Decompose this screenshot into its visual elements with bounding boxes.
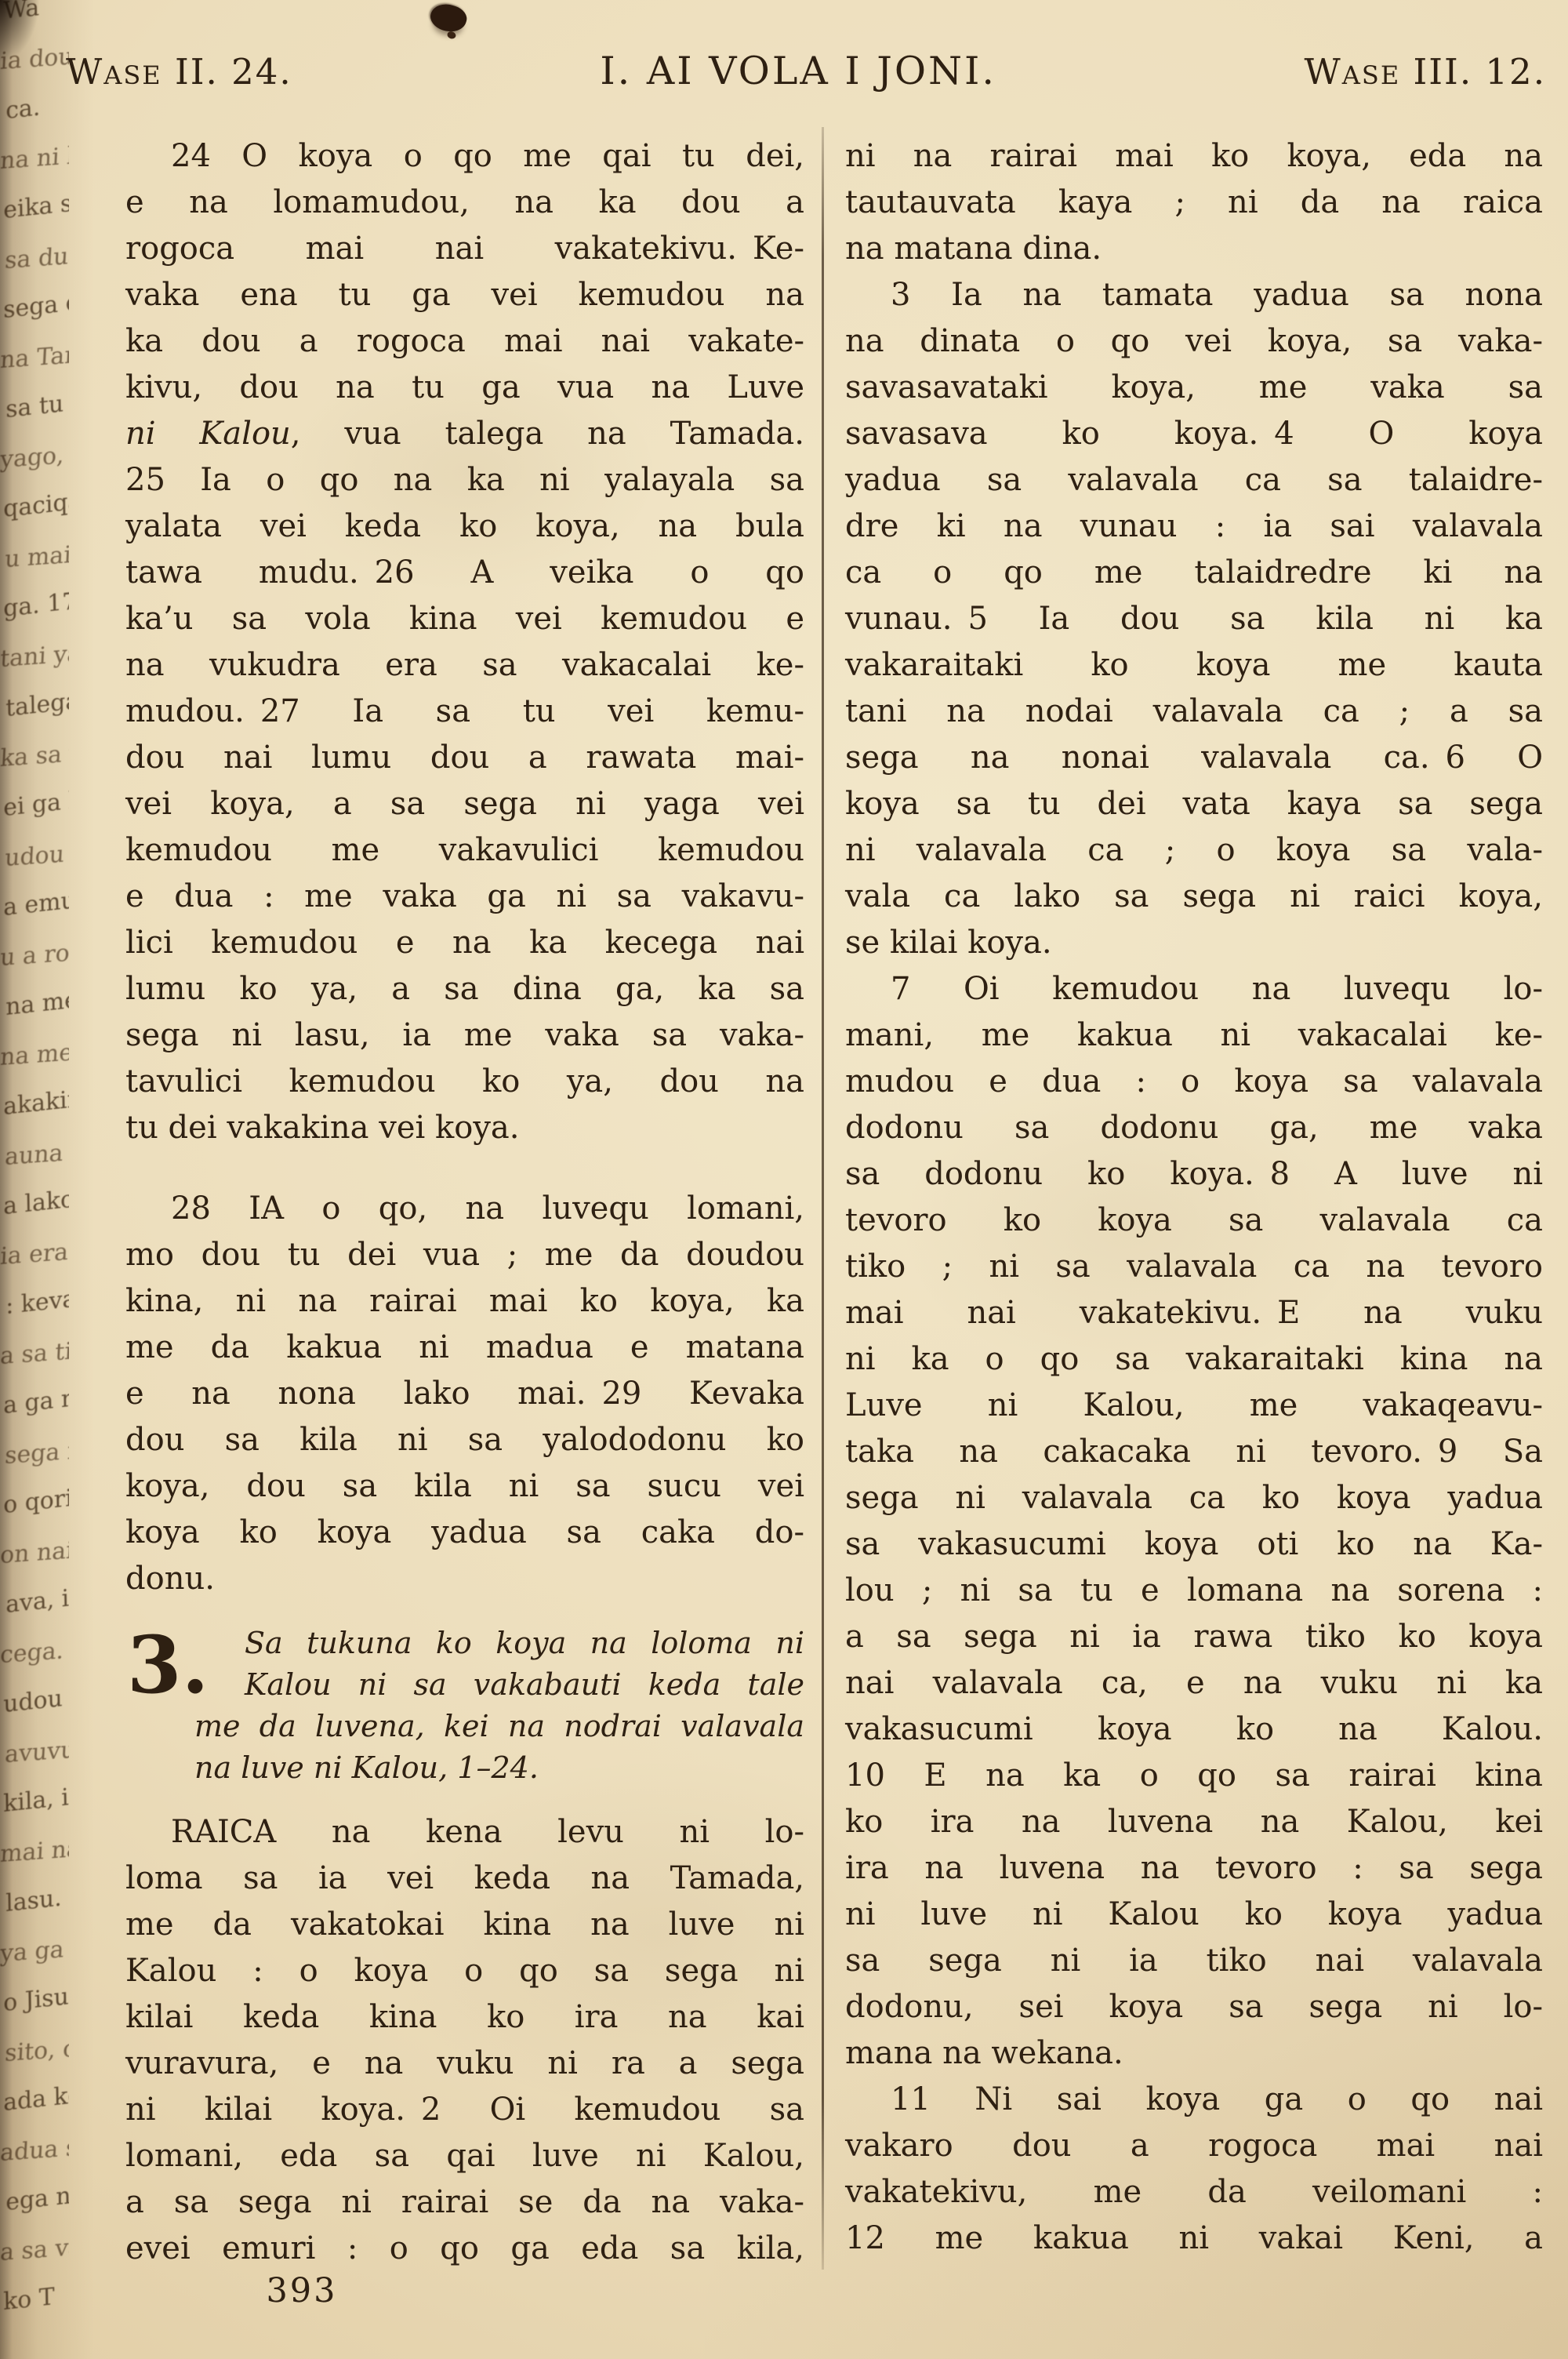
body-line: vunau. 5 Ia dou sa kila ni ka <box>845 596 1543 642</box>
body-line: loma sa ia vei keda na Tamada, <box>125 1856 804 1902</box>
body-line: na dinata o qo vei koya, sa vaka- <box>845 318 1543 365</box>
gutter-fragment: udou ni d <box>3 1681 69 1717</box>
gutter-fragment: auna em <box>4 1138 69 1169</box>
page-title: I. AI VOLA I JONI. <box>600 49 996 93</box>
body-line: rogoca mai nai vakatekivu. Ke- <box>125 226 804 272</box>
gutter-fragment: mai nai v <box>0 1835 69 1866</box>
body-line: 24 O koya o qo me qai tu dei, <box>125 133 804 180</box>
body-line: donu. <box>125 1556 804 1602</box>
gutter-fragment: akakina e <box>3 1084 69 1119</box>
gutter-fragment: udou na lo <box>4 838 69 870</box>
body-line: kemudou me vakavulici kemudou <box>125 827 804 874</box>
gutter-fragment: : kevaka e <box>5 1282 69 1318</box>
chapter-number: 3. <box>127 1624 209 1706</box>
gutter-fragment: yago, na <box>0 442 69 472</box>
body-line: 25 Ia o qo na ka ni yalayala sa <box>125 457 804 503</box>
body-line: ka’u sa vola kina vei kemudou e <box>125 596 804 642</box>
body-line: se kilai koya. <box>845 920 1543 966</box>
running-head: Wase II. 24. I. AI VOLA I JONI. Wase III… <box>66 49 1546 93</box>
body-line: mana na wekana. <box>845 2030 1543 2077</box>
gutter-fragment: ga. 17 Ia <box>3 587 69 621</box>
gutter-fragment: u maivei l <box>4 540 69 572</box>
gutter-fragment: a lako tani <box>3 1182 69 1219</box>
column-divider <box>822 127 824 2270</box>
body-line: tawa mudu. 26 A veika o qo <box>125 550 804 596</box>
gutter-fragment: talega; ia <box>5 685 69 721</box>
gutter-fragment: ia era a se <box>0 1237 69 1269</box>
gutter-fragment: o qori. 2 <box>3 1484 69 1518</box>
gutter-fragment: a sa vakat <box>0 2233 69 2265</box>
body-line: vakasucumi koya ko na Kalou. <box>845 1707 1543 1753</box>
gutter-strip: Waia dou aca.na ni lomaeika sa vasa dua … <box>0 0 69 2359</box>
chapter-summary-line: Kalou ni sa vakabauti keda tale <box>245 1664 804 1706</box>
body-line: me da vakatokai kina na luve ni <box>125 1902 804 1948</box>
scanned-page: { "header": { "left": "Wase II. 24.", "c… <box>0 0 1568 2359</box>
gutter-fragment: lasu. 22 <box>5 1883 69 1917</box>
body-line: me da kakua ni madua e matana <box>125 1325 804 1371</box>
body-line: nai valavala ca, e na vuku ni ka <box>845 1660 1543 1707</box>
body-line: koya sa tu dei vata kaya sa sega <box>845 781 1543 827</box>
body-line: dodonu sa dodonu ga, me vaka <box>845 1105 1543 1151</box>
chapter-summary-line: me da luvena, kei na nodrai valavala <box>194 1706 804 1747</box>
body-line: ni luve ni Kalou ko koya yadua <box>845 1892 1543 1938</box>
gutter-fragment: ada kei n <box>3 2080 69 2115</box>
body-line: RAICA na kena levu ni lo- <box>125 1809 804 1856</box>
body-line: tu dei vakakina vei koya. <box>125 1105 804 1151</box>
body-line: dodonu, sei koya sa sega ni lo- <box>845 1984 1543 2030</box>
ink-blot <box>427 0 470 36</box>
body-line: ko ira na luvena na Kalou, kei <box>845 1799 1543 1845</box>
chapter-3-heading: 3. Sa tukuna ko koya na loloma niKalou n… <box>125 1623 804 1789</box>
body-line: kilai keda kina ko ira na kai <box>125 1994 804 2041</box>
body-line: 12 me kakua ni vakai Keni, a <box>845 2215 1543 2262</box>
left-column-text: 24 O koya o qo me qai tu dei,e na lomamu… <box>125 133 804 1602</box>
gutter-fragment: na mea ii <box>0 1038 69 1070</box>
gutter-fragment: ca. <box>5 96 41 123</box>
gutter-fragment: a ga me r <box>3 1383 69 1418</box>
gutter-fragment: na Tamada <box>0 340 69 373</box>
chapter-summary-line: Sa tukuna ko koya na loloma ni <box>245 1623 804 1664</box>
gutter-fragment: sega ni no <box>4 1436 69 1468</box>
body-line: a sa sega ni rairai se da na vaka- <box>125 2179 804 2226</box>
body-line: sa sega ni ia tiko nai valavala <box>845 1938 1543 1984</box>
right-column: ni na rairai mai ko koya, eda natautauva… <box>845 133 1543 2262</box>
body-line: mani, me kakua ni vakacalai ke- <box>845 1012 1543 1059</box>
gutter-fragment: sito, o koy <box>4 2034 69 2066</box>
left-column-text-2: RAICA na kena levu ni lo-loma sa ia vei … <box>125 1809 804 2272</box>
body-line: vei koya, a sa sega ni yaga vei <box>125 781 804 827</box>
body-line: ira na luvena na tevoro : sa sega <box>845 1845 1543 1892</box>
body-line: e dua : me vaka ga ni sa vakavu- <box>125 874 804 920</box>
body-line: mudou e dua : o koya sa valavala <box>845 1059 1543 1105</box>
page-number: 393 <box>200 2271 404 2310</box>
body-line: kivu, dou na tu ga vua na Luve <box>125 365 804 411</box>
body-line: vakaraitaki ko koya me kauta <box>845 642 1543 689</box>
gutter-fragment: sa dua sa <box>4 242 69 273</box>
body-line: sega na nonai valavala ca. 6 O <box>845 735 1543 781</box>
body-line: e na lomamudou, na ka dou a <box>125 180 804 226</box>
gutter-fragment: ya ga sa c <box>0 1934 69 1966</box>
gutter-fragment: cega. 21 A <box>0 1634 69 1667</box>
body-line: tautauvata kaya ; ni da na raica <box>845 180 1543 226</box>
gutter-fragment: ko T <box>3 2285 55 2314</box>
body-line: lomani, eda sa qai luve ni Kalou, <box>125 2133 804 2179</box>
gutter-fragment: a sa tiko <box>0 1338 69 1369</box>
body-line: dre ki na vunau : ia sai valavala <box>845 503 1543 550</box>
body-line: 3 Ia na tamata yadua sa nona <box>845 272 1543 318</box>
gutter-fragment: eika sa va <box>3 187 69 223</box>
gutter-fragment: na ni loma <box>0 140 69 173</box>
body-line: a sa sega ni ia rawa tiko ko koya <box>845 1614 1543 1660</box>
gutter-fragment: a emuri sa <box>3 883 69 920</box>
body-line: ni na rairai mai ko koya, eda na <box>845 133 1543 180</box>
body-line: taka na cakacaka ni tevoro. 9 Sa <box>845 1429 1543 1475</box>
body-line: 28 IA o qo, na luvequ lomani, <box>125 1186 804 1232</box>
body-line: 11 Ni sai koya ga o qo nai <box>845 2077 1543 2123</box>
body-line: ka dou a rogoca mai nai vakate- <box>125 318 804 365</box>
body-line: sega ni lasu, ia me vaka sa vaka- <box>125 1012 804 1059</box>
running-head-right: Wase III. 12. <box>1305 51 1546 93</box>
body-line: lumu ko ya, a sa dina ga, ka sa <box>125 966 804 1012</box>
body-line: ni kilai koya. 2 Oi kemudou sa <box>125 2087 804 2133</box>
body-line: vuravura, e na vuku ni ra a sega <box>125 2041 804 2087</box>
body-line: lou ; ni sa tu e lomana na sorena : <box>845 1568 1543 1614</box>
gutter-fragment: sega e na <box>3 287 69 322</box>
body-line: koya ko koya yadua sa caka do- <box>125 1510 804 1556</box>
body-line: yadua sa valavala ca sa talaidre- <box>845 457 1543 503</box>
gutter-fragment: ega ni tu <box>5 2180 69 2215</box>
body-line: ni valavala ca ; o koya sa vala- <box>845 827 1543 874</box>
body-line: ni ka o qo sa vakaraitaki kina na <box>845 1336 1543 1383</box>
gutter-fragment: ia dou a <box>0 43 69 74</box>
gutter-fragment: o Jisu? S <box>3 1981 69 2016</box>
body-line: evei emuri : o qo ga eda sa kila, <box>125 2226 804 2272</box>
body-line: dou nai lumu dou a rawata mai- <box>125 735 804 781</box>
body-line: yalata vei keda ko koya, na bula <box>125 503 804 550</box>
body-line: vaka ena tu ga vei kemudou na <box>125 272 804 318</box>
body-line: ni Kalou, vua talega na Tamada. <box>125 411 804 457</box>
body-line: na vukudra era sa vakacalai ke- <box>125 642 804 689</box>
body-line: mudou. 27 Ia sa tu vei kemu- <box>125 689 804 735</box>
gutter-fragment: avuvuli d <box>4 1736 69 1767</box>
gutter-fragment: ava, ia do <box>5 1582 69 1617</box>
gutter-fragment: on nai lum <box>0 1535 69 1567</box>
body-line: vakaro dou a rogoca mai nai <box>845 2123 1543 2169</box>
body-line: mo dou tu dei vua ; me da doudou <box>125 1232 804 1278</box>
gutter-fragment: kila, ia k <box>3 1782 69 1816</box>
body-line: Kalou : o koya o qo sa sega ni <box>125 1948 804 1994</box>
body-line: tavulici kemudou ko ya, dou na <box>125 1059 804 1105</box>
gutter-fragment: na mea il <box>5 984 69 1020</box>
chapter-summary-line: na luve ni Kalou, 1–24. <box>194 1747 804 1789</box>
body-line: 7 Oi kemudou na luvequ lo- <box>845 966 1543 1012</box>
body-line: ca o qo me talaidredre ki na <box>845 550 1543 596</box>
body-line: sa dodonu ko koya. 8 A luve ni <box>845 1151 1543 1198</box>
gutter-fragment: tani yani <box>0 640 69 671</box>
body-line: savasava ko koya. 4 O koya <box>845 411 1543 457</box>
body-line: savasavataki koya, me vaka sa <box>845 365 1543 411</box>
gutter-fragment: qaciqacia <box>3 486 69 522</box>
body-line: lici kemudou e na ka kecega nai <box>125 920 804 966</box>
body-line: na matana dina. <box>845 226 1543 272</box>
chapter-summary: Sa tukuna ko koya na loloma niKalou ni s… <box>125 1623 804 1789</box>
left-column: 24 O koya o qo me qai tu dei,e na lomamu… <box>125 133 804 2272</box>
body-line: mai nai vakatekivu. E na vuku <box>845 1290 1543 1336</box>
body-line: dou sa kila ni sa yalododonu ko <box>125 1417 804 1463</box>
gutter-fragment: adua sa ca <box>0 2132 69 2165</box>
body-line: tevoro ko koya sa valavala ca <box>845 1198 1543 1244</box>
body-line: tiko ; ni sa valavala ca na tevoro <box>845 1244 1543 1290</box>
body-line: 10 E na ka o qo sa rairai kina <box>845 1753 1543 1799</box>
body-line: e na nona lako mai. 29 Kevaka <box>125 1371 804 1417</box>
body-line: vala ca lako sa sega ni raici koya, <box>845 874 1543 920</box>
body-line: sa vakasucumi koya oti ko na Ka- <box>845 1521 1543 1568</box>
gutter-fragment: u a rogoca <box>0 937 69 969</box>
gutter-fragment: ei ga ka tau <box>3 782 69 820</box>
body-line: vakatekivu, me da veilomani : <box>845 2169 1543 2215</box>
body-line: Luve ni Kalou, me vakaqeavu- <box>845 1383 1543 1429</box>
body-line: tani na nodai valavala ca ; a sa <box>845 689 1543 735</box>
gutter-fragment: sa tu e v <box>5 388 69 422</box>
body-line: kina, ni na rairai mai ko koya, ka <box>125 1278 804 1325</box>
running-head-left: Wase II. 24. <box>66 51 292 93</box>
body-line: sega ni valavala ca ko koya yadua <box>845 1475 1543 1521</box>
gutter-fragment: Wa <box>3 0 39 24</box>
body-line: koya, dou sa kila ni sa sucu vei <box>125 1463 804 1510</box>
gutter-fragment: ka sa vina <box>0 739 69 771</box>
